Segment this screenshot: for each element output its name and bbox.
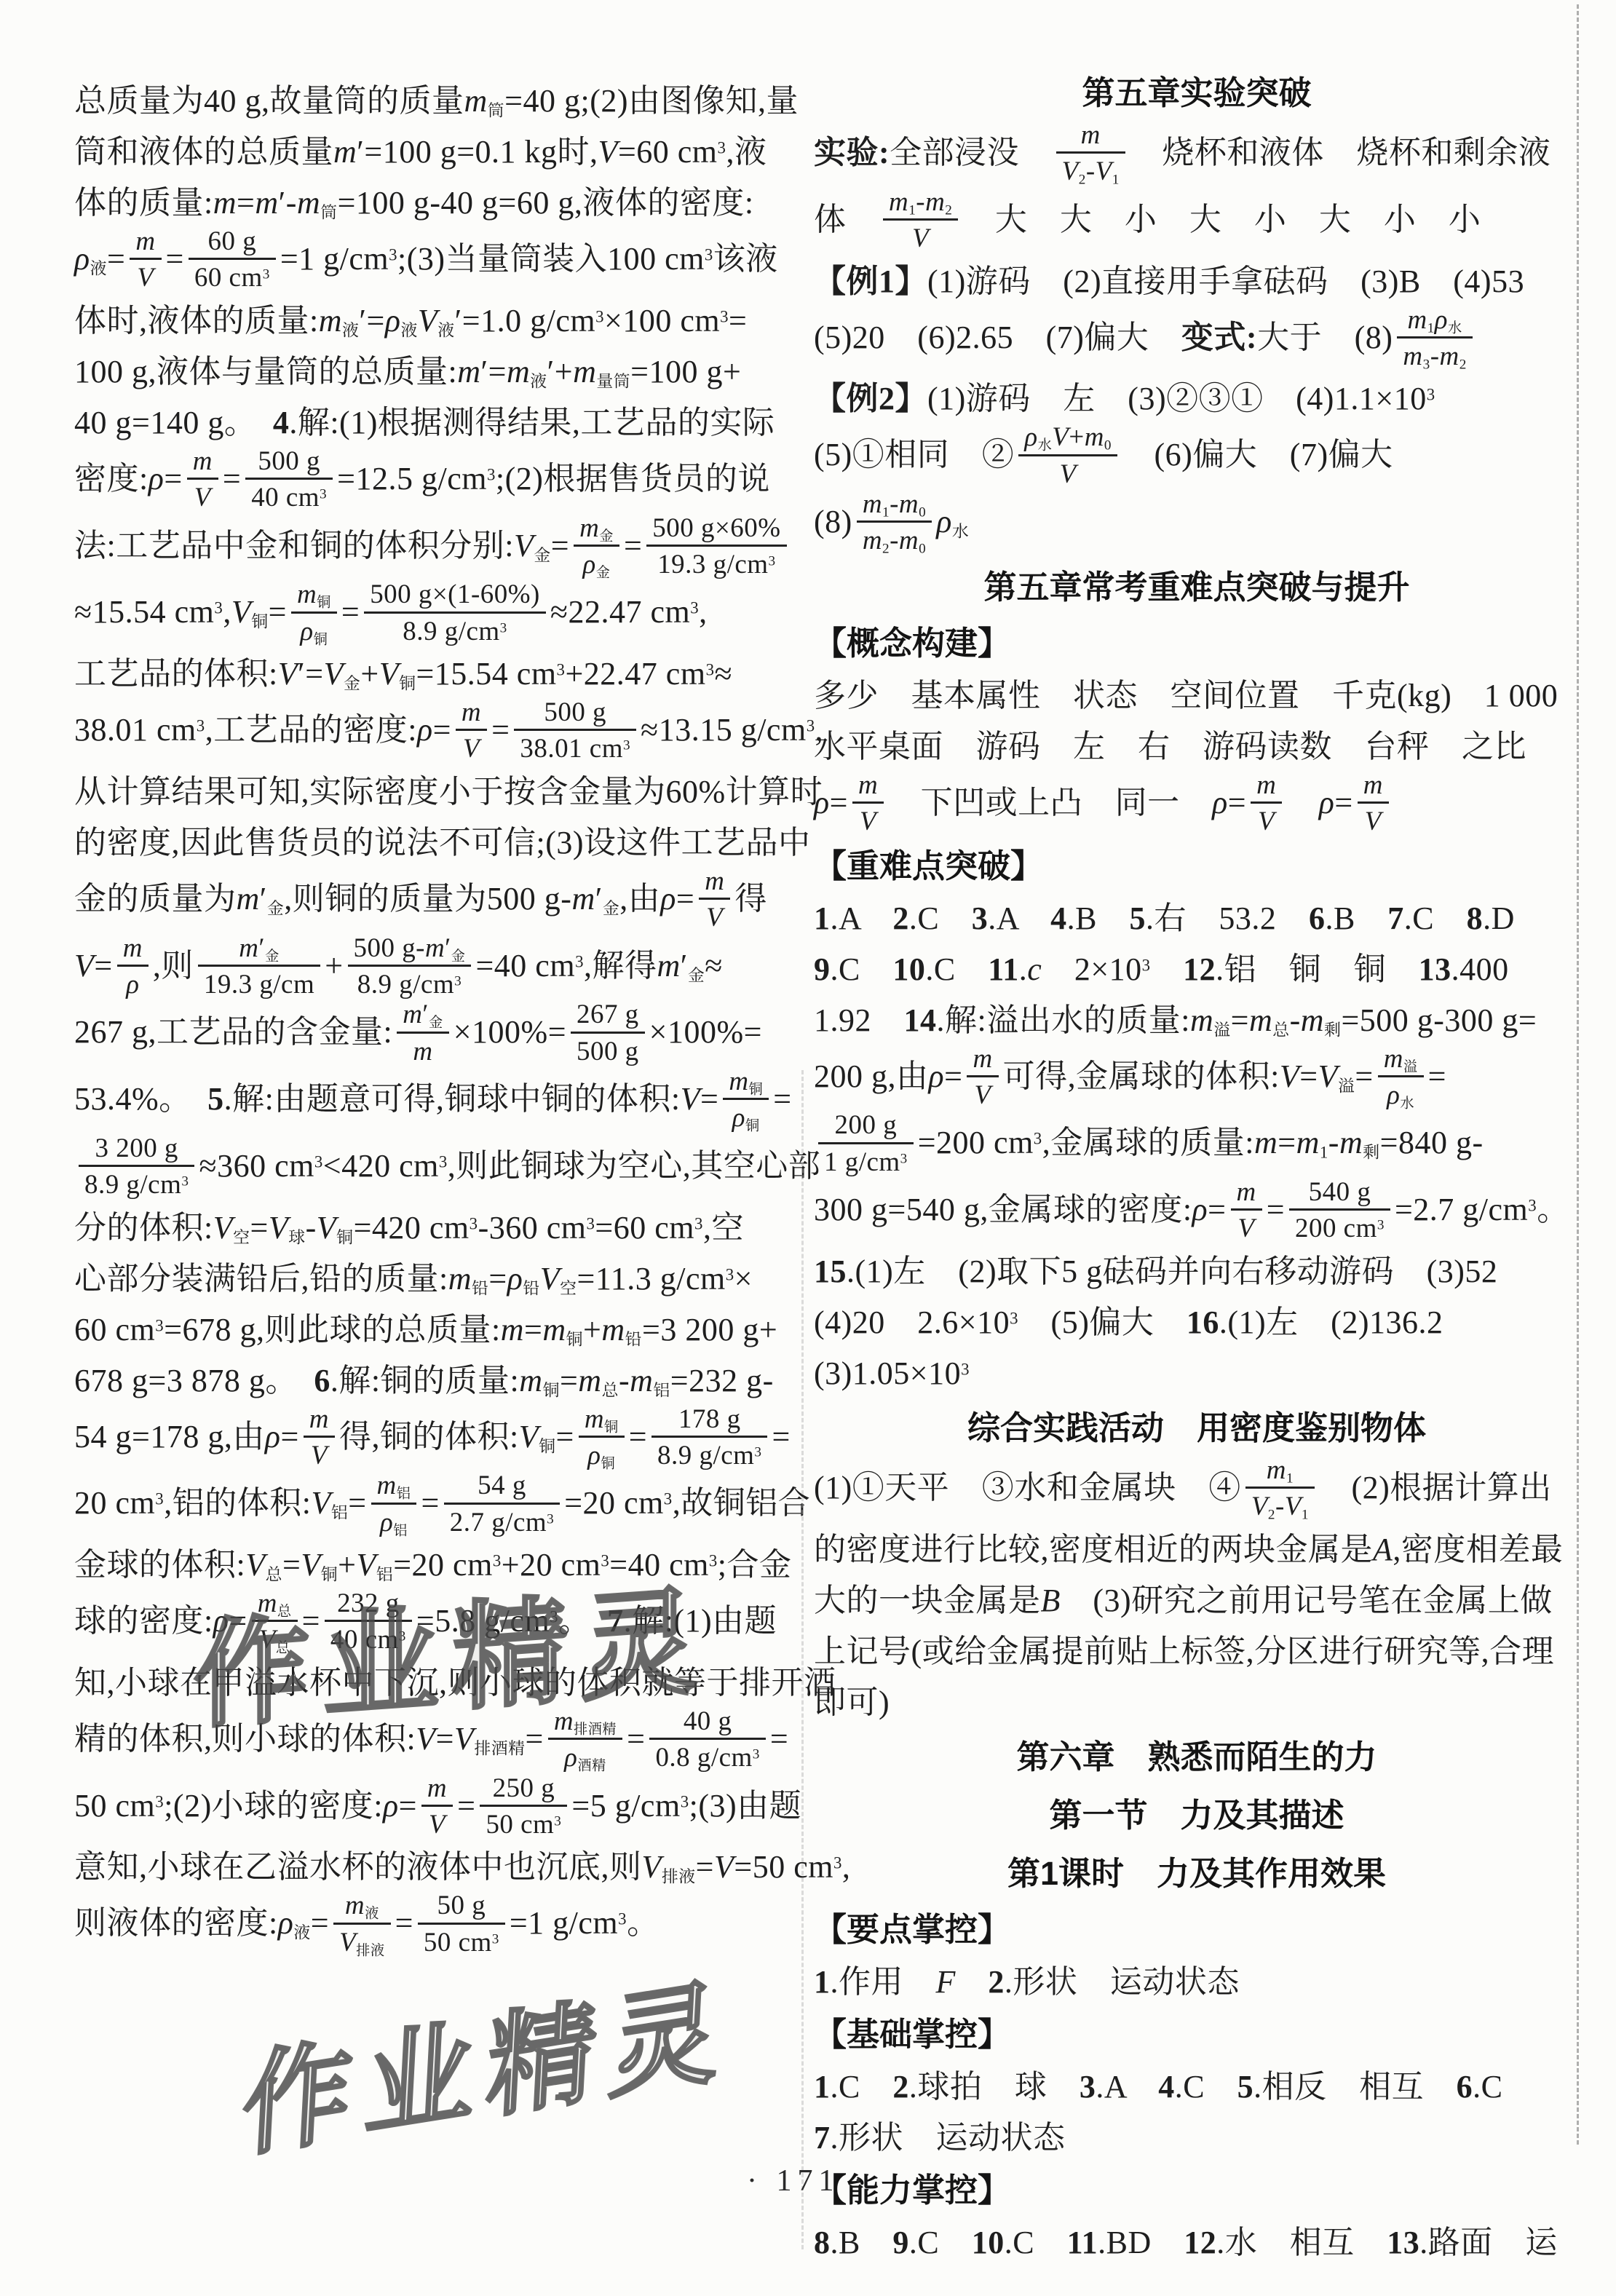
answer-line: 金的质量为m′金,则铜的质量为500 g-m′金,由ρ=mV得	[74, 868, 804, 935]
fraction: m溢ρ水	[1378, 1043, 1424, 1110]
answer-line: 多少 基本属性 状态 空间位置 千克(kg) 1 000	[814, 670, 1580, 721]
answer-line: 实验:全部浸没 mV2-V1 烧杯和液体 烧杯和剩余液	[814, 122, 1580, 189]
answer-line: 总质量为40 g,故量筒的质量m筒=40 g;(2)由图像知,量	[74, 76, 804, 127]
fraction: mV	[304, 1404, 335, 1470]
subsection-header: 【要点掌控】	[814, 1903, 1580, 1957]
fraction: 50 g50 cm3	[418, 1890, 505, 1957]
answer-line: 200 g,由ρ=mV可得,金属球的体积:V=V溢=m溢ρ水=	[814, 1046, 1580, 1113]
fraction: 178 g8.9 g/cm3	[651, 1404, 767, 1470]
fraction: mV	[967, 1043, 998, 1110]
answer-line: 金球的体积:V总=V铜+V铝=20 cm3+20 cm3=40 cm3;合金	[74, 1540, 804, 1591]
answer-line: 体时,液体的质量:m液′=ρ液V液′=1.0 g/cm3×100 cm3=	[74, 296, 804, 347]
section-header: 第五章实验突破	[814, 64, 1580, 122]
fraction: 267 g500 g	[571, 999, 645, 1066]
fraction: 60 g60 cm3	[189, 226, 276, 293]
answer-line: 9.C 10.C 11.c 2×103 12.铝 铜 铜 13.400	[814, 944, 1580, 995]
answer-line: 体 m1-m2V 大 大 小 大 小 大 小 小	[814, 189, 1580, 256]
page-number: · 171 ·	[0, 2164, 1616, 2198]
page-edge-dashed-line	[1577, 4, 1579, 2145]
answer-line: 则液体的密度:ρ液=m液V排液=50 g50 cm3=1 g/cm3。	[74, 1893, 804, 1960]
fraction: mV	[130, 226, 161, 293]
fraction: m液V排液	[333, 1890, 391, 1957]
answer-line: 【例2】(1)游码 左 (3)②③① (4)1.1×103	[814, 373, 1580, 424]
fraction: 54 g2.7 g/cm3	[444, 1470, 560, 1537]
answer-line: 60 cm3=678 g,则此球的总质量:m=m铜+m铅=3 200 g+	[74, 1305, 804, 1355]
column-gutter-crease	[801, 1070, 804, 2249]
answer-line: (5)20 (6)2.65 (7)偏大 变式:大于 (8)m1ρ水m3-m2	[814, 307, 1580, 374]
answers-column-right: 第五章实验突破实验:全部浸没 mV2-V1 烧杯和液体 烧杯和剩余液体 m1-m…	[814, 64, 1580, 2268]
answer-line: (4)20 2.6×103 (5)偏大 16.(1)左 (2)136.2	[814, 1297, 1580, 1348]
answer-line: 的密度,因此售货员的说法不可信;(3)设这件工艺品中	[74, 818, 804, 868]
answer-line: 1.C 2.球拍 球 3.A 4.C 5.相反 相互 6.C	[814, 2062, 1580, 2113]
section-header: 第六章 熟悉而陌生的力	[814, 1728, 1580, 1786]
answer-line: ρ液=mV=60 g60 cm3=1 g/cm3;(3)当量筒装入100 cm3…	[74, 229, 804, 296]
subsection-header: 【重难点突破】	[814, 839, 1580, 893]
answer-line: 678 g=3 878 g。 6.解:铜的质量:m铜=m总-m铝=232 g-	[74, 1355, 804, 1406]
fraction: m排酒精ρ酒精	[548, 1706, 622, 1773]
fraction: m1V2-V1	[1245, 1454, 1315, 1521]
fraction: ρ水V+m0V	[1018, 421, 1117, 488]
answer-line: 筒和液体的总质量m′=100 g=0.1 kg时,V=60 cm3,液	[74, 127, 804, 178]
fraction: 232 g40 cm3	[325, 1588, 412, 1655]
answer-line: 心部分装满铅后,铅的质量:m铅=ρ铅V空=11.3 g/cm3×	[74, 1254, 804, 1305]
fraction: mV	[1231, 1176, 1262, 1243]
fraction: m1ρ水m3-m2	[1397, 304, 1472, 371]
fraction: mρ	[117, 933, 148, 999]
answer-line: 8.B 9.C 10.C 11.BD 12.水 相互 13.路面 运	[814, 2217, 1580, 2268]
fraction: m1-m0m2-m0	[857, 488, 932, 555]
answer-line: 7.形状 运动状态	[814, 2113, 1580, 2164]
answer-line: 20 cm3,铝的体积:V铝=m铝ρ铝=54 g2.7 g/cm3=20 cm3…	[74, 1473, 804, 1540]
answer-line: 密度:ρ=mV=500 g40 cm3=12.5 g/cm3;(2)根据售货员的…	[74, 448, 804, 515]
fraction: mV	[456, 697, 487, 764]
fraction: m铜ρ铜	[723, 1066, 769, 1133]
fraction: mV	[1358, 769, 1389, 836]
answer-line: 1.92 14.解:溢出水的质量:m溢=m总-m剩=500 g-300 g=	[814, 995, 1580, 1046]
answer-line: 3 200 g8.9 g/cm3≈360 cm3<420 cm3,则此铜球为空心…	[74, 1136, 804, 1203]
answer-line: 分的体积:V空=V球-V铜=420 cm3-360 cm3=60 cm3,空	[74, 1203, 804, 1254]
answer-line: 54 g=178 g,由ρ=mV得,铜的体积:V铜=m铜ρ铜=178 g8.9 …	[74, 1406, 804, 1473]
answer-line: 工艺品的体积:V′=V金+V铜=15.54 cm3+22.47 cm3≈	[74, 649, 804, 700]
section-header: 第一节 力及其描述	[814, 1786, 1580, 1845]
fraction: 40 g0.8 g/cm3	[649, 1706, 765, 1773]
section-header: 第1课时 力及其作用效果	[814, 1845, 1580, 1903]
answer-line: 大的一块金属是B (3)研究之前用记号笔在金属上做	[814, 1575, 1580, 1626]
watermark: 作业精灵	[239, 1940, 736, 2180]
answer-line: ρ=mV 下凹或上凸 同一 ρ=mV ρ=mV	[814, 772, 1580, 839]
fraction: m′金19.3 g/cm	[198, 933, 320, 999]
fraction: m总V总	[252, 1588, 298, 1655]
answer-line: 球的密度:ρ=m总V总=232 g40 cm3=5.8 g/cm3。 7.解:(…	[74, 1591, 804, 1658]
answer-line: 1.作用 F 2.形状 运动状态	[814, 1957, 1580, 2008]
answer-line: 从计算结果可知,实际密度小于按含金量为60%计算时	[74, 767, 804, 818]
fraction: m铝ρ铝	[371, 1470, 417, 1537]
fraction: m铜ρ铜	[579, 1404, 625, 1470]
scanned-answer-page: 总质量为40 g,故量筒的质量m筒=40 g;(2)由图像知,量筒和液体的总质量…	[0, 0, 1616, 2296]
answer-line: 267 g,工艺品的含金量:m′金m×100%=267 g500 g×100%=	[74, 1002, 804, 1069]
fraction: m1-m2V	[883, 186, 958, 253]
answer-line: 精的体积,则小球的体积:V=V排酒精=m排酒精ρ酒精=40 g0.8 g/cm3…	[74, 1709, 804, 1776]
fraction: m′金m	[397, 999, 449, 1066]
answer-line: 300 g=540 g,金属球的密度:ρ=mV=540 g200 cm3=2.7…	[814, 1179, 1580, 1246]
answer-line: V=mρ,则m′金19.3 g/cm+500 g-m′金8.9 g/cm3=40…	[74, 935, 804, 1002]
answer-line: 15.(1)左 (2)取下5 g砝码并向右移动游码 (3)52	[814, 1246, 1580, 1297]
fraction: 200 g1 g/cm3	[818, 1109, 914, 1176]
answer-line: 38.01 cm3,工艺品的密度:ρ=mV=500 g38.01 cm3≈13.…	[74, 700, 804, 767]
fraction: m铜ρ铜	[291, 579, 337, 646]
fraction: 500 g-m′金8.9 g/cm3	[348, 933, 472, 999]
answer-line: (3)1.05×103	[814, 1348, 1580, 1399]
answer-line: 水平桌面 游码 左 右 游码读数 台秤 之比	[814, 721, 1580, 772]
answer-line: 的密度进行比较,密度相近的两块金属是A,密度相差最	[814, 1524, 1580, 1575]
answer-line: 53.4%。 5.解:由题意可得,铜球中铜的体积:V=m铜ρ铜=	[74, 1069, 804, 1136]
answers-column-left: 总质量为40 g,故量筒的质量m筒=40 g;(2)由图像知,量筒和液体的总质量…	[74, 76, 804, 1960]
answer-line: 知,小球在甲溢水杯中下沉,则小球的体积就等于排开酒	[74, 1658, 804, 1709]
answer-line: 1.A 2.C 3.A 4.B 5.右 53.2 6.B 7.C 8.D	[814, 893, 1580, 944]
fraction: 500 g38.01 cm3	[514, 697, 636, 764]
fraction: 3 200 g8.9 g/cm3	[79, 1133, 194, 1200]
subsection-header: 【基础掌控】	[814, 2008, 1580, 2062]
fraction: mV	[699, 866, 730, 933]
answer-line: 200 g1 g/cm3=200 cm3,金属球的质量:m=m1-m剩=840 …	[814, 1112, 1580, 1179]
fraction: 250 g50 cm3	[480, 1773, 567, 1840]
answer-line: 法:工艺品中金和铜的体积分别:V金=m金ρ金=500 g×60%19.3 g/c…	[74, 515, 804, 582]
answer-line: 体的质量:m=m′-m筒=100 g-40 g=60 g,液体的密度:	[74, 178, 804, 229]
answer-line: 意知,小球在乙溢水杯的液体中也沉底,则V排液=V=50 cm3,	[74, 1842, 804, 1893]
answer-line: (1)①天平 ③水和金属块 ④m1V2-V1 (2)根据计算出	[814, 1457, 1580, 1524]
answer-line: 50 cm3;(2)小球的密度:ρ=mV=250 g50 cm3=5 g/cm3…	[74, 1776, 804, 1842]
answer-line: ≈15.54 cm3,V铜=m铜ρ铜=500 g×(1-60%)8.9 g/cm…	[74, 582, 804, 649]
fraction: mV2-V1	[1056, 119, 1125, 186]
answer-line: (5)①相同 ②ρ水V+m0V (6)偏大 (7)偏大	[814, 424, 1580, 491]
section-header: 第五章常考重难点突破与提升	[814, 558, 1580, 617]
fraction: m金ρ金	[574, 512, 619, 579]
fraction: mV	[1251, 769, 1282, 836]
fraction: 500 g×60%19.3 g/cm3	[646, 512, 786, 579]
answer-line: 100 g,液体与量筒的总质量:m′=m液′+m量筒=100 g+	[74, 347, 804, 397]
answer-line: 上记号(或给金属提前贴上标签,分区进行研究等,合理	[814, 1626, 1580, 1677]
answer-line: 40 g=140 g。 4.解:(1)根据测得结果,工艺品的实际	[74, 397, 804, 448]
section-header: 综合实践活动 用密度鉴别物体	[814, 1399, 1580, 1457]
fraction: mV	[187, 446, 218, 512]
answer-line: 【例1】(1)游码 (2)直接用手拿砝码 (3)B (4)53	[814, 256, 1580, 307]
fraction: 540 g200 cm3	[1289, 1176, 1390, 1243]
fraction: mV	[852, 769, 884, 836]
fraction: mV	[421, 1773, 453, 1840]
fraction: 500 g40 cm3	[245, 446, 333, 512]
answer-line: (8)m1-m0m2-m0ρ水	[814, 491, 1580, 558]
subsection-header: 【概念构建】	[814, 617, 1580, 670]
answer-line: 即可)	[814, 1677, 1580, 1728]
fraction: 500 g×(1-60%)8.9 g/cm3	[364, 579, 546, 646]
